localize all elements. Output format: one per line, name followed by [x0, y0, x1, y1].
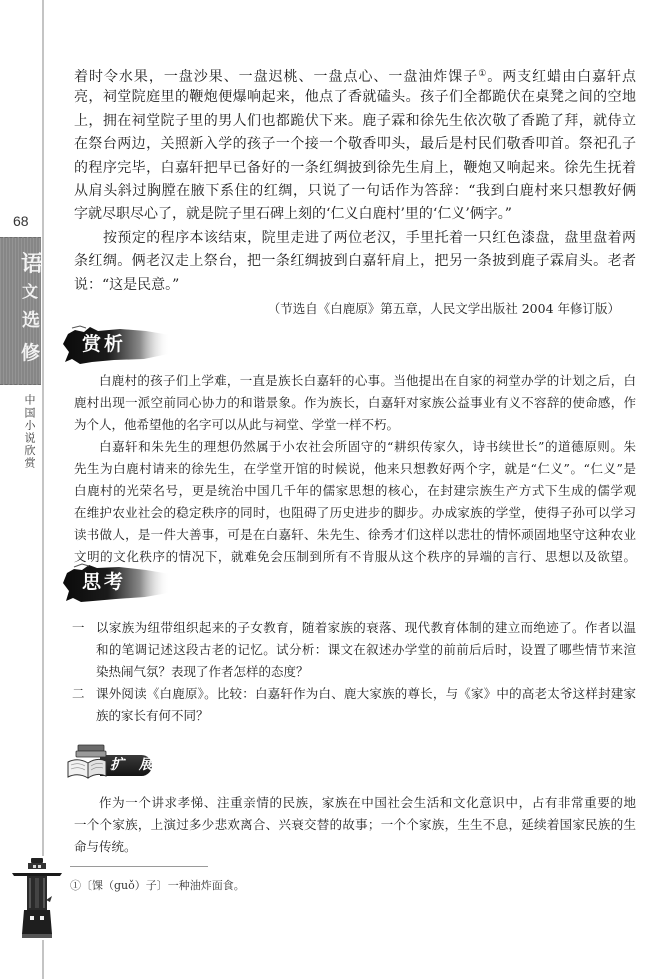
- thinking-heading: 思考: [62, 563, 172, 603]
- kerosene-lamp-icon: [10, 856, 64, 940]
- series-title-char: 文: [22, 284, 38, 300]
- series-title-band: 语 文 选 修: [0, 237, 41, 385]
- excerpt-line: 说：“这是民意。”: [74, 274, 636, 297]
- excerpt-line: 在祭台两边，关照新入学的孩子一个接一个敬香叩头，最后是村民们敬香叩首。祭祀孔子: [74, 133, 636, 156]
- heading-label: 扩 展: [110, 756, 158, 775]
- series-title-char: 修: [21, 344, 40, 363]
- source-citation: （节选自《白鹿原》第五章，人民文学出版社 2004 年修订版）: [268, 299, 620, 319]
- excerpt-line: 从肩头斜过胸膛在腋下系住的红绸，只说了一句话作为答辞：“我到白鹿村来只想教好俩: [74, 180, 636, 203]
- question-line: 以家族为纽带组织起来的子女教育，随着家族的衰落、现代教育体制的建立而绝迹了。作者…: [96, 617, 636, 639]
- series-title-char: 选: [22, 312, 40, 330]
- question-line: 课外阅读《白鹿原》。比较：白嘉轩作为白、鹿大家族的尊长，与《家》中的高老太爷这样…: [96, 683, 636, 705]
- excerpt-line: 字就尽职尽心了，就是院子里石碑上刻的‘仁义白鹿村’里的‘仁义’俩字。”: [74, 203, 636, 226]
- excerpt-text: 着时令水果，一盘沙果、一盘迟桃、一盘点心、一盘油炸馃子: [74, 69, 478, 85]
- paragraph-line: 白鹿村的光荣名号，更是统治中国几千年的儒家思想的核心，在封建宗族生产方式下生成的…: [74, 480, 636, 502]
- excerpt-text: 。两支红蜡由白嘉轩点: [487, 69, 636, 85]
- question-item: 二 课外阅读《白鹿原》。比较：白嘉轩作为白、鹿大家族的尊长，与《家》中的高老太爷…: [72, 683, 636, 727]
- excerpt-line: 的程序完毕，白嘉轩把早已备好的一条红绸披到徐先生肩上，鞭炮又响起来。徐先生抚着: [74, 157, 636, 180]
- excerpt-line: 亮，祠堂院庭里的鞭炮便爆响起来，他点了香就磕头。孩子们全都跪伏在桌凳之间的空地: [74, 86, 636, 109]
- novel-excerpt: 着时令水果，一盘沙果、一盘迟桃、一盘点心、一盘油炸馃子①。两支红蜡由白嘉轩点 亮…: [74, 63, 636, 297]
- paragraph-line: 作为一个讲求孝悌、注重亲情的民族，家族在中国社会生活和文化意识中，占有非常重要的…: [74, 792, 636, 814]
- appreciation-heading: 赏析: [62, 325, 172, 365]
- paragraph-line: 读书做人，是一件大善事，可是在白嘉轩、朱先生、徐秀才们这样以悲壮的情怀顽固地坚守…: [74, 524, 636, 546]
- question-item: 一 以家族为纽带组织起来的子女教育，随着家族的衰落、现代教育体制的建立而绝迹了。…: [72, 617, 636, 683]
- excerpt-line: 着时令水果，一盘沙果、一盘迟桃、一盘点心、一盘油炸馃子①。两支红蜡由白嘉轩点: [74, 63, 636, 86]
- book-subtitle: 中国小说欣赏: [21, 394, 37, 470]
- page-number: 68: [13, 213, 29, 229]
- heading-label: 赏析: [82, 332, 126, 356]
- thinking-questions: 一 以家族为纽带组织起来的子女教育，随着家族的衰落、现代教育体制的建立而绝迹了。…: [72, 617, 636, 727]
- margin-rule: [42, 0, 44, 856]
- extension-heading: 扩 展: [64, 742, 159, 782]
- footnote-divider: [70, 866, 208, 867]
- paragraph-line: 白嘉轩和朱先生的理想仍然属于小农社会所固守的“耕织传家久，诗书续世长”的道德原则…: [74, 436, 636, 458]
- appreciation-text: 白鹿村的孩子们上学难，一直是族长白嘉轩的心事。当他提出在自家的祠堂办学的计划之后…: [74, 370, 636, 568]
- question-number: 二: [72, 683, 85, 705]
- question-line: 和的笔调记述这段古老的记忆。试分析：课文在叙述办学堂的前前后后时，设置了哪些情节…: [96, 639, 636, 661]
- books-icon: [64, 742, 114, 782]
- footnote-marker: ①: [478, 69, 487, 79]
- paragraph-line: 一个个家族，上演过多少悲欢离合、兴衰交替的故事；一个个家族，生生不息，延续着国家…: [74, 814, 636, 836]
- excerpt-line: 上，拥在祠堂院子里的男人们也都跪伏下来。鹿子霖和徐先生依次敬了香跪了拜，就侍立: [74, 110, 636, 133]
- excerpt-line: 条红绸。俩老汉走上祭台，把一条红绸披到白嘉轩肩上，把另一条披到鹿子霖肩头。老者: [74, 250, 636, 273]
- extension-text: 作为一个讲求孝悌、注重亲情的民族，家族在中国社会生活和文化意识中，占有非常重要的…: [74, 792, 636, 858]
- question-line: 族的家长有何不同？: [96, 705, 636, 727]
- question-line: 染热闹气氛？表现了作者怎样的态度？: [96, 661, 636, 683]
- question-number: 一: [72, 617, 85, 639]
- excerpt-line: 按预定的程序本该结束，院里走进了两位老汉，手里托着一只红色漆盘，盘里盘着两: [74, 227, 636, 250]
- series-title-char: 语: [21, 253, 41, 275]
- paragraph-line: 在维护农业社会的稳定秩序的同时，也阻碍了历史进步的脚步。办成家族的学堂，使得子孙…: [74, 502, 636, 524]
- paragraph-line: 先生为白鹿村请来的徐先生，在学堂开馆的时候说，他来只想教好两个字，就是“仁义”。…: [74, 458, 636, 480]
- paragraph-line: 鹿村出现一派空前同心协力的和谐景象。作为族长，白嘉轩对家族公益事业有义不容辞的使…: [74, 392, 636, 414]
- paragraph-line: 白鹿村的孩子们上学难，一直是族长白嘉轩的心事。当他提出在自家的祠堂办学的计划之后…: [74, 370, 636, 392]
- margin-rule: [42, 940, 44, 979]
- paragraph-line: 命与传统。: [74, 836, 636, 858]
- paragraph-line: 为个人，他希望他的名字可以从此与祠堂、学堂一样不朽。: [74, 414, 636, 436]
- heading-label: 思考: [82, 570, 126, 594]
- footnote: ①〔馃（guǒ）子〕一种油炸面食。: [70, 878, 245, 894]
